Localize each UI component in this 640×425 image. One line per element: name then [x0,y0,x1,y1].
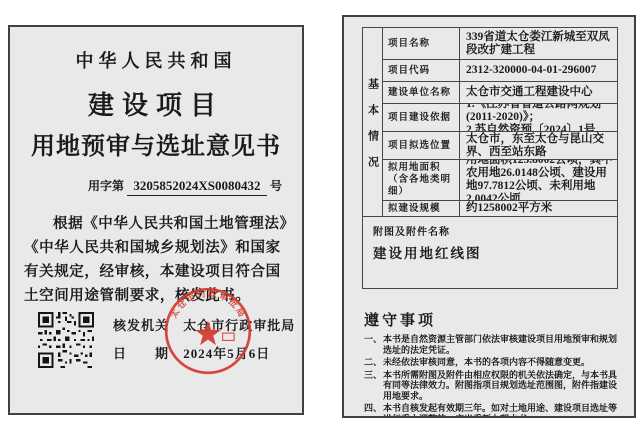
field-value-project-code: 2312-320000-04-01-296007 [459,59,617,81]
field-value-builder-name: 太仓市交通工程建设中心 [459,81,617,103]
field-label-land-area: 拟用地面积（含各地类明细） [382,159,459,200]
field-value-land-area: 用地面积125.8002公顷，其中农用地26.0148公顷、建设用地97.781… [459,159,617,200]
notice-number: 一、 [364,334,383,355]
field-label-project-name: 项目名称 [382,28,459,59]
issue-date-label: 日 期 [113,346,169,361]
issuer-value: 太仓市行政审批局 [183,318,295,333]
qr-code-icon [38,311,94,369]
certificate-title-line1: 建设项目 [10,85,302,122]
field-value-construction-scale: 约1258002平方米 [459,200,617,216]
notice-text: 本书自核发起有效期三年。如对土地用途、建设项目选址等进行重大调整的，应当重新办理… [383,403,622,418]
notice-number: 二、 [364,357,383,368]
notice-list: 一、 本书是自然资源主管部门依法审核建设项目用地预审和规划选址的法定凭证。 二、… [364,334,622,418]
doc-number-prefix: 用字第 [88,179,124,193]
doc-number: 3205852024XS0080432 [127,178,267,196]
doc-number-suffix: 号 [270,179,282,193]
certificate-cover-page: 中华人民共和国 建设项目 用地预审与选址意见书 用字第 3205852024XS… [8,25,304,415]
attachment-label: 附图及附件名称 [373,223,607,238]
issuer-row: 核发机关 太仓市行政审批局 [113,315,295,334]
basic-info-table: 基本情况 项目名称 339省道太仓娄江新城至双凤段改扩建工程 项目代码 2312… [363,28,617,216]
attachment-value: 建设用地红线图 [373,242,607,262]
field-label-proposed-location: 项目拟选位置 [382,131,459,159]
notice-text: 本书所需附图及附件由相应权限的机关依法确定，与本书具有同等法律效力。附图指项目规… [383,370,622,402]
attachment-section: 附图及附件名称 建设用地红线图 [363,216,617,288]
notice-item: 三、 本书所需附图及附件由相应权限的机关依法确定，与本书具有同等法律效力。附图指… [364,370,622,402]
section-label-vertical: 基本情况 [363,28,382,216]
country-title: 中华人民共和国 [10,47,302,73]
notice-item: 一、 本书是自然资源主管部门依法审核建设项目用地预审和规划选址的法定凭证。 [364,334,622,355]
notice-item: 二、 未经依法审核同意，本书的各项内容不得随意变更。 [364,357,622,368]
basic-info-box: 基本情况 项目名称 339省道太仓娄江新城至双凤段改扩建工程 项目代码 2312… [362,27,618,289]
notice-number: 三、 [364,370,383,402]
issue-date-value: 2024年5月6日 [183,346,270,361]
issue-date-row: 日 期 2024年5月6日 [113,343,270,362]
doc-number-line: 用字第 3205852024XS0080432 号 [10,177,302,196]
notice-text: 未经依法审核同意，本书的各项内容不得随意变更。 [383,357,622,368]
field-label-builder-name: 建设单位名称 [382,81,459,103]
notice-item: 四、 本书自核发起有效期三年。如对土地用途、建设项目选址等进行重大调整的，应当重… [364,403,622,418]
field-label-project-basis: 项目建设依据 [382,103,459,131]
notice-number: 四、 [364,403,383,418]
certificate-statement: 根据《中华人民共和国土地管理法》《中华人民共和国城乡规划法》和国家有关规定，经审… [24,212,290,308]
field-value-project-name: 339省道太仓娄江新城至双凤段改扩建工程 [459,28,617,59]
field-value-proposed-location: 太仓市，东至太仓与昆山交界、西至站东路 [459,131,617,159]
issuer-label: 核发机关 [113,318,169,333]
details-page: 基本情况 项目名称 339省道太仓娄江新城至双凤段改扩建工程 项目代码 2312… [342,15,636,418]
certificate-title-line2: 用地预审与选址意见书 [10,126,302,161]
notice-text: 本书是自然资源主管部门依法审核建设项目用地预审和规划选址的法定凭证。 [383,334,622,355]
field-value-project-basis: 1.《江苏省省道公路网规划(2011-2020)》； 2.苏自然资预〔2024〕… [459,103,617,131]
notice-title: 遵守事项 [364,309,436,330]
document-scan: 中华人民共和国 建设项目 用地预审与选址意见书 用字第 3205852024XS… [0,0,640,425]
field-label-construction-scale: 拟建设规模 [382,200,459,216]
field-label-project-code: 项目代码 [382,59,459,81]
